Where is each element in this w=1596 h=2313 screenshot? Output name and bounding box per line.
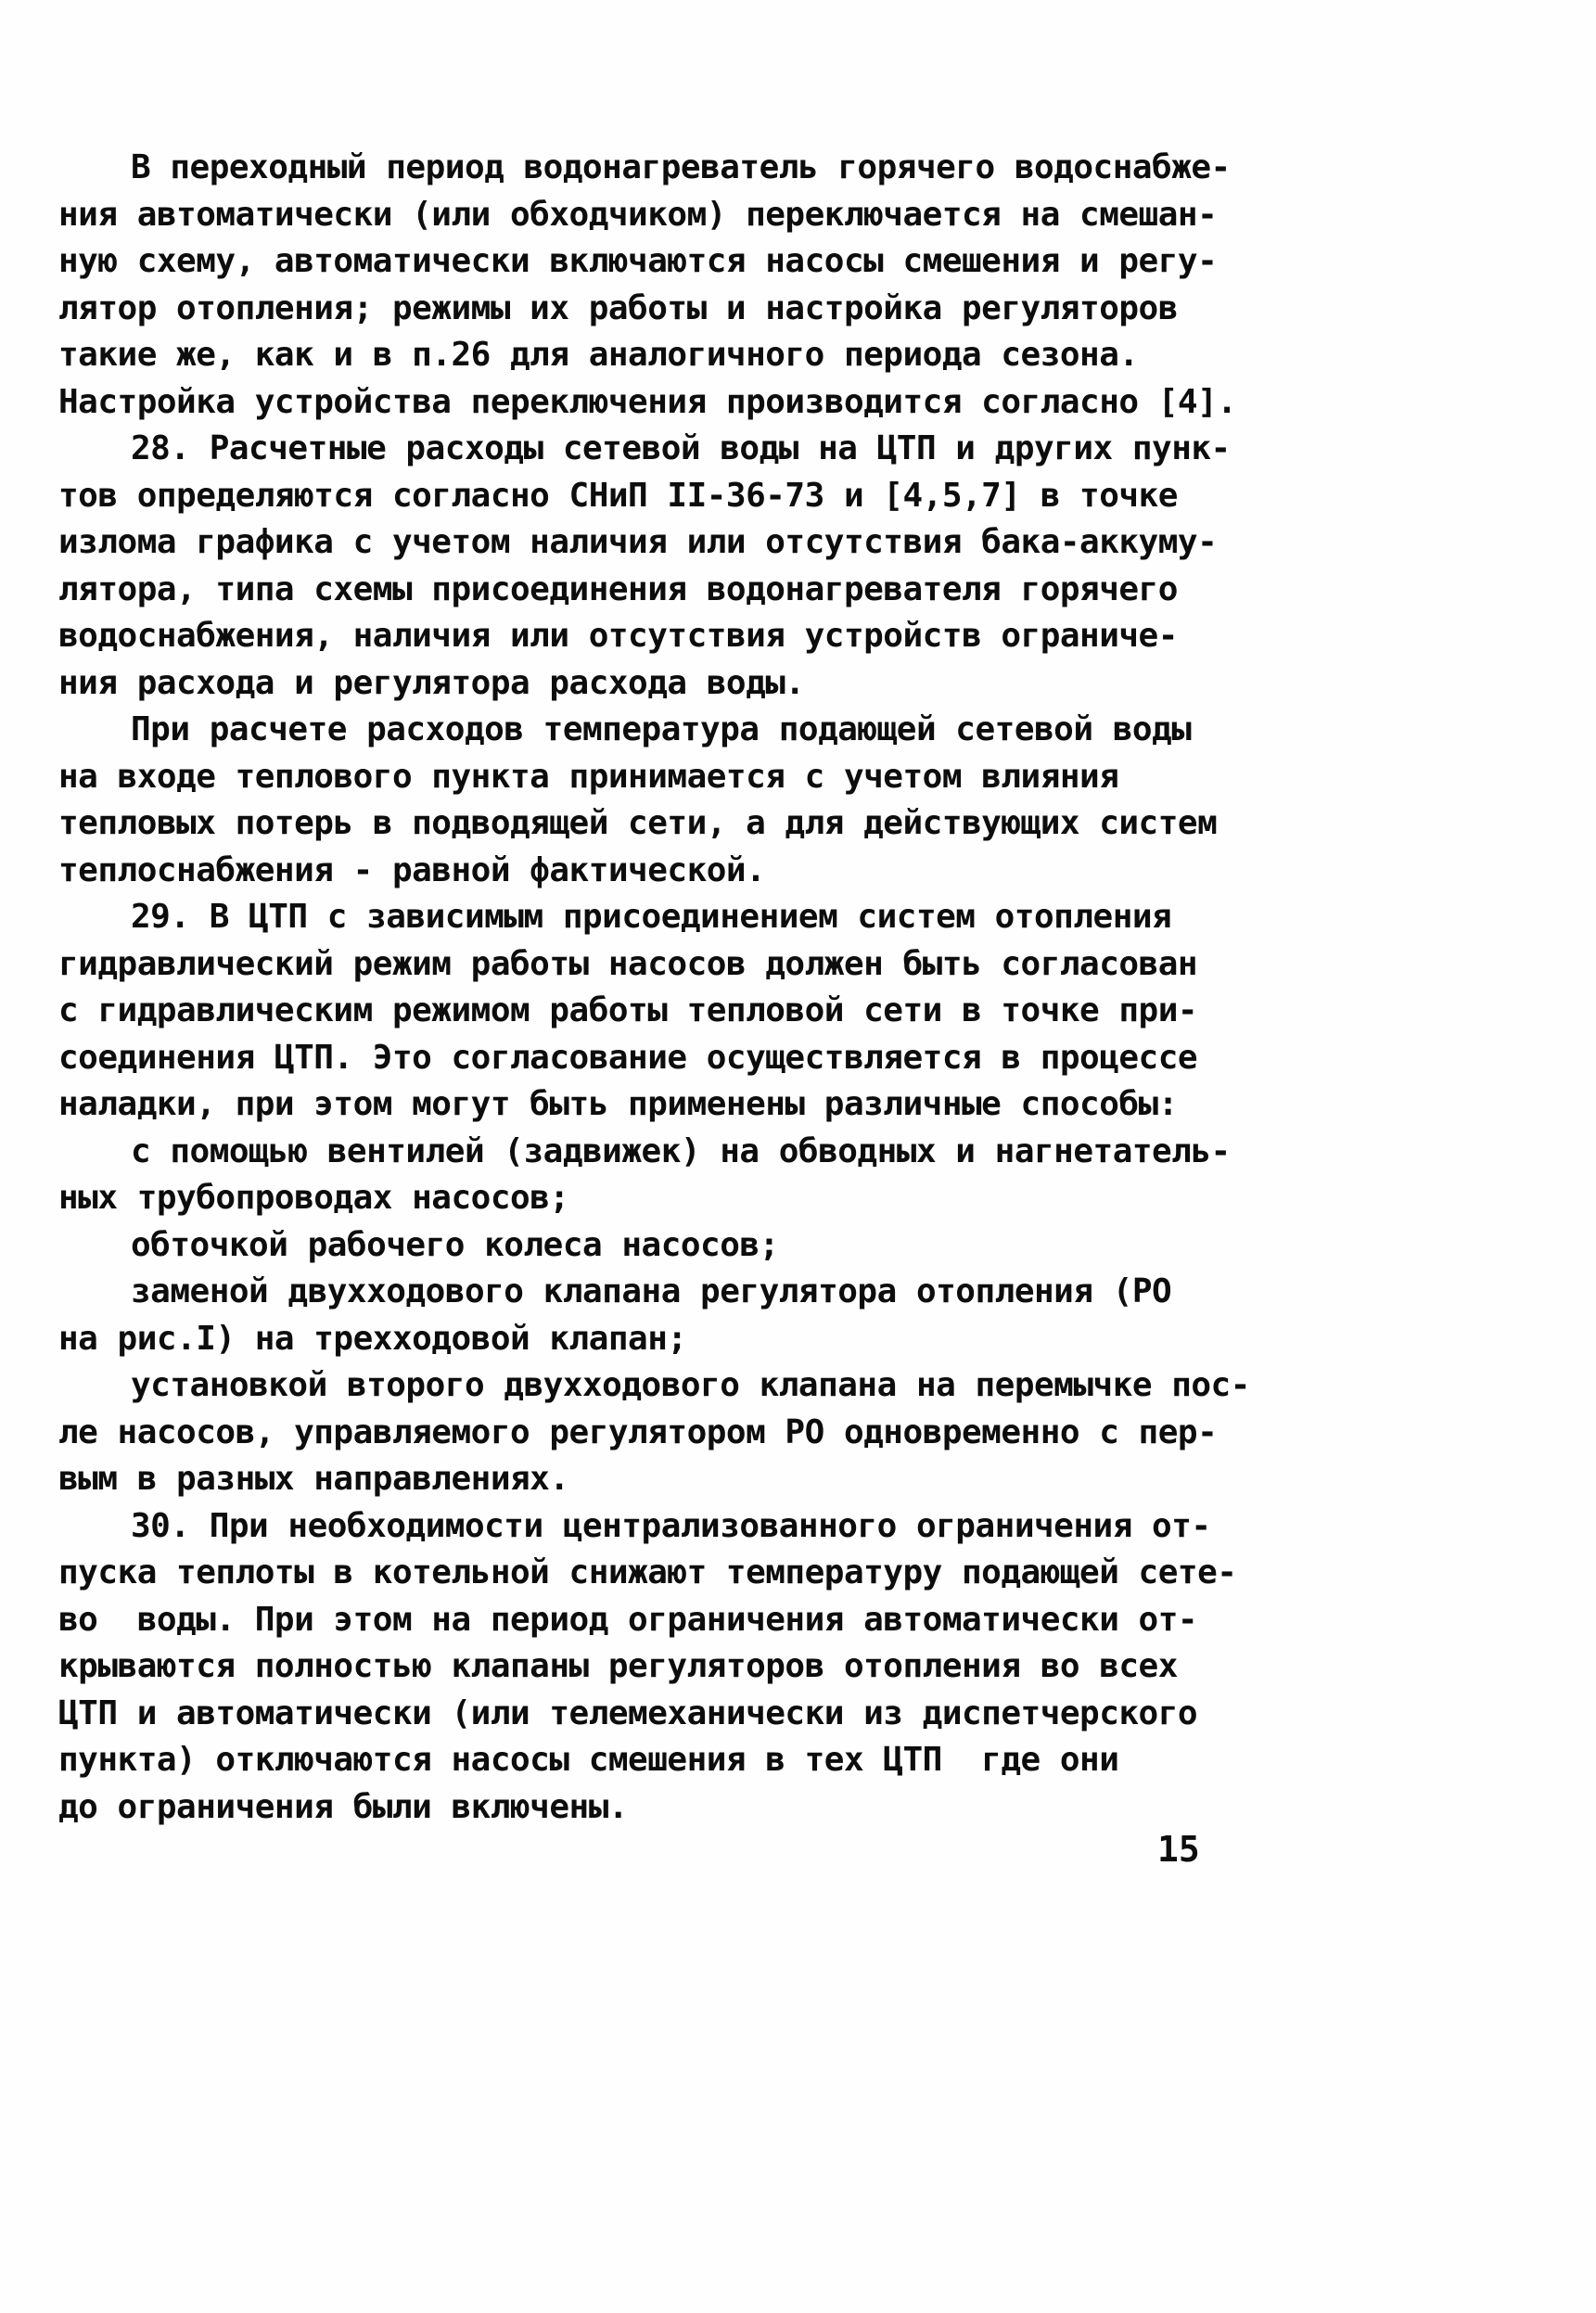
text-line: 30. При необходимости централизованного … xyxy=(58,1503,1357,1551)
text-line: на входе теплового пункта принимается с … xyxy=(58,754,1357,801)
text-line: пуска теплоты в котельной снижают темпер… xyxy=(58,1550,1357,1597)
text-line: наладки, при этом могут быть применены р… xyxy=(58,1081,1357,1129)
text-line: гидравлический режим работы насосов долж… xyxy=(58,941,1357,989)
text-line: ния расхода и регулятора расхода воды. xyxy=(58,660,1357,708)
text-line: на рис.I) на трехходовой клапан; xyxy=(58,1316,1357,1363)
text-line: тов определяются согласно СНиП II-36-73 … xyxy=(58,473,1357,520)
text-line: В переходный период водонагреватель горя… xyxy=(58,145,1357,192)
text-line: установкой второго двухходового клапана … xyxy=(58,1362,1357,1410)
text-line: вым в разных направлениях. xyxy=(58,1456,1357,1503)
text-line: до ограничения были включены. xyxy=(58,1784,1357,1832)
text-line: обточкой рабочего колеса насосов; xyxy=(58,1222,1357,1270)
text-line: При расчете расходов температура подающе… xyxy=(58,707,1357,754)
page-number: 15 xyxy=(1157,1829,1200,1870)
text-line: с помощью вентилей (задвижек) на обводны… xyxy=(58,1129,1357,1176)
text-line: с гидравлическим режимом работы тепловой… xyxy=(58,988,1357,1035)
text-line: водоснабжения, наличия или отсутствия ус… xyxy=(58,613,1357,660)
text-line: ЦТП и автоматически (или телемеханически… xyxy=(58,1691,1357,1738)
text-line: лятора, типа схемы присоединения водонаг… xyxy=(58,567,1357,614)
text-line: излома графика с учетом наличия или отсу… xyxy=(58,519,1357,567)
text-line: 29. В ЦТП с зависимым присоединением сис… xyxy=(58,894,1357,941)
text-line: ных трубопроводах насосов; xyxy=(58,1175,1357,1222)
text-line: ния автоматически (или обходчиком) перек… xyxy=(58,192,1357,239)
text-line: Настройка устройства переключения произв… xyxy=(58,379,1357,427)
text-line: во воды. При этом на период ограничения … xyxy=(58,1597,1357,1644)
text-line: лятор отопления; режимы их работы и наст… xyxy=(58,286,1357,333)
text-line: тепловых потерь в подводящей сети, а для… xyxy=(58,800,1357,848)
text-line: соединения ЦТП. Это согласование осущест… xyxy=(58,1035,1357,1082)
text-line: такие же, как и в п.26 для аналогичного … xyxy=(58,332,1357,379)
scanned-document-page: { "document": { "page_number": "15", "li… xyxy=(0,0,1596,2313)
text-line: крываются полностью клапаны регуляторов … xyxy=(58,1643,1357,1691)
document-text: В переходный период водонагреватель горя… xyxy=(58,145,1357,1831)
text-line: 28. Расчетные расходы сетевой воды на ЦТ… xyxy=(58,426,1357,473)
text-line: теплоснабжения - равной фактической. xyxy=(58,848,1357,895)
text-line: ле насосов, управляемого регулятором РО … xyxy=(58,1410,1357,1457)
text-line: пункта) отключаются насосы смешения в те… xyxy=(58,1737,1357,1784)
page-background: В переходный период водонагреватель горя… xyxy=(0,0,1596,2313)
text-line: заменой двухходового клапана регулятора … xyxy=(58,1269,1357,1316)
text-line: ную схему, автоматически включаются насо… xyxy=(58,238,1357,286)
